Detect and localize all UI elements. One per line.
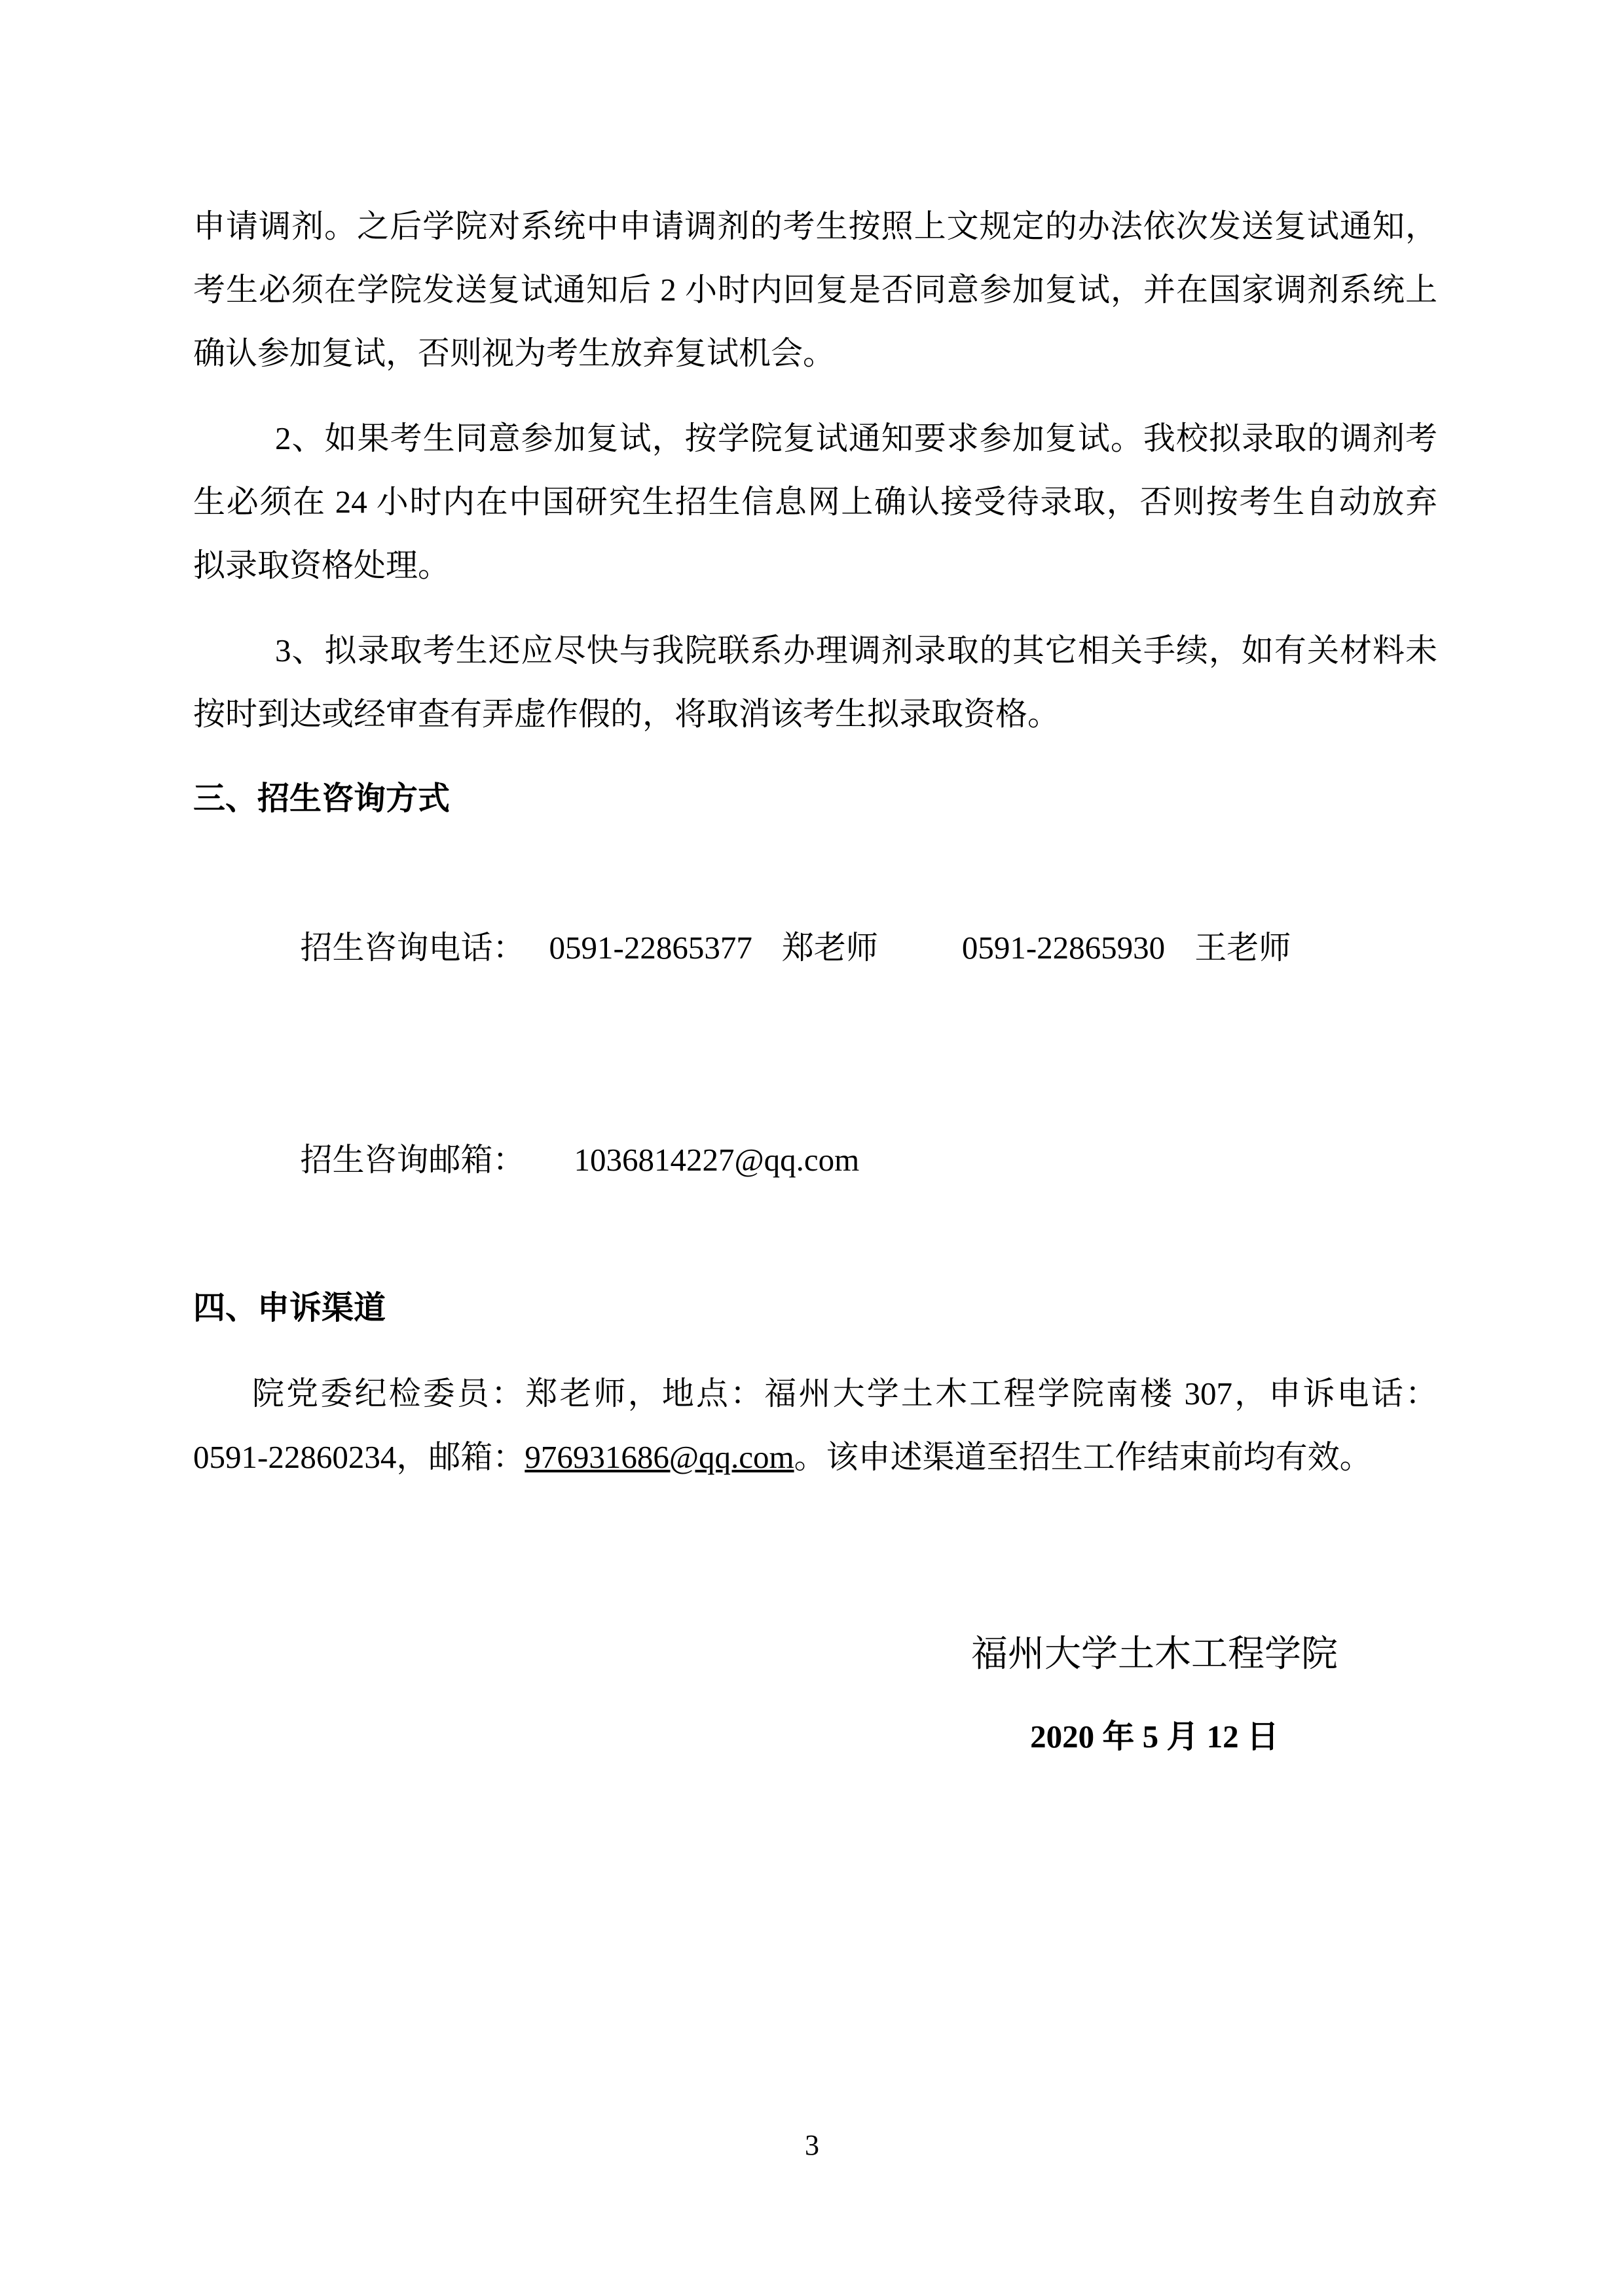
consult-email-label: 招生咨询邮箱： [301,1142,525,1178]
paragraph-reply-rules: 申请调剂。之后学院对系统中申请调剂的考生按照上文规定的办法依次发送复试通知， 考… [193,194,1437,385]
paragraph-item-2: 2、如果考生同意参加复试，按学院复试通知要求参加复试。我校拟录取的调剂考 生必须… [193,407,1437,597]
paragraph-line: 按时到达或经审查有弄虚作假的，将取消该考生拟录取资格。 [193,682,1437,746]
paragraph-line: 院党委纪检委员：郑老师，地点：福州大学土木工程学院南楼 307，申诉电话： [193,1362,1437,1425]
document-body: 申请调剂。之后学院对系统中申请调剂的考生按照上文规定的办法依次发送复试通知， 考… [0,0,1624,1777]
appeal-email-link[interactable]: 976931686@qq.com [525,1439,794,1475]
consult-phone-2: 0591-22865930 [962,930,1165,966]
consult-teacher-2: 王老师 [1194,930,1291,966]
paragraph-line: 2、如果考生同意参加复试，按学院复试通知要求参加复试。我校拟录取的调剂考 [193,407,1437,470]
paragraph-line: 拟录取资格处理。 [193,534,1437,597]
signature-date: 2020 年 5 月 12 日 [971,1696,1338,1777]
section-heading-consultation: 三、招生咨询方式 [193,767,1437,831]
section-heading-appeal: 四、申诉渠道 [193,1277,1437,1340]
paragraph-line: 确认参加复试，否则视为考生放弃复试机会。 [193,321,1437,385]
paragraph-item-3: 3、拟录取考生还应尽快与我院联系办理调剂录取的其它相关手续，如有关材料未 按时到… [193,619,1437,746]
paragraph-line: 0591-22860234，邮箱：976931686@qq.com。该申述渠道至… [193,1425,1437,1489]
paragraph-appeal-channel: 院党委纪检委员：郑老师，地点：福州大学土木工程学院南楼 307，申诉电话： 05… [193,1362,1437,1489]
paragraph-line: 生必须在 24 小时内在中国研究生招生信息网上确认接受待录取，否则按考生自动放弃 [193,470,1437,534]
signature-block: 福州大学土木工程学院 2020 年 5 月 12 日 [193,1614,1437,1777]
paragraph-line: 3、拟录取考生还应尽快与我院联系办理调剂录取的其它相关手续，如有关材料未 [193,619,1437,682]
consult-email-address: 1036814227@qq.com [574,1142,860,1178]
consult-phone-line: 招生咨询电话：0591-22865377郑老师0591-22865930王老师 [193,852,1437,1043]
document-page: 申请调剂。之后学院对系统中申请调剂的考生按照上文规定的办法依次发送复试通知， 考… [0,0,1624,2296]
paragraph-line: 申请调剂。之后学院对系统中申请调剂的考生按照上文规定的办法依次发送复试通知， [193,194,1437,258]
paragraph-line: 考生必须在学院发送复试通知后 2 小时内回复是否同意参加复试，并在国家调剂系统上 [193,258,1437,321]
appeal-phone-and-label: 0591-22860234，邮箱： [193,1439,525,1475]
page-number: 3 [0,2129,1624,2162]
consult-phone-1: 0591-22865377 [549,930,752,966]
signature-organization: 福州大学土木工程学院 [971,1614,1338,1696]
consult-teacher-1: 郑老师 [782,930,878,966]
consult-email-line: 招生咨询邮箱：1036814227@qq.com [193,1065,1437,1255]
appeal-validity-note: 。该申述渠道至招生工作结束前均有效。 [794,1439,1372,1475]
consult-phone-label: 招生咨询电话： [301,930,525,966]
